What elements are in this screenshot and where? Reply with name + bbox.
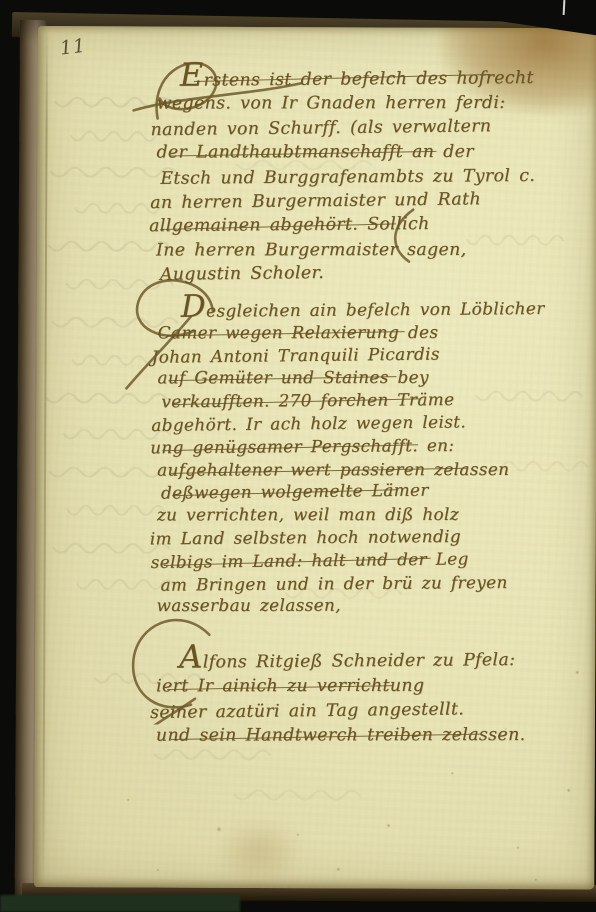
scan-cradle-strip: [0, 895, 240, 912]
paragraph-3: Alfons Ritgieß Schneider zu Pfela:iert I…: [149, 642, 526, 749]
manuscript-page: 11 Erstens ist der befelch des hofrechtw…: [34, 26, 596, 889]
paragraph-2: Desgleichen ain befelch von LöblicherCam…: [149, 292, 544, 618]
manuscript-line: wasserbau zelassen,: [156, 594, 341, 617]
folio-number: 11: [59, 35, 88, 60]
manuscript-line: ung genügsamer Pergschafft. en:: [150, 434, 454, 459]
foxing-dot: [127, 798, 130, 801]
foxing-dot: [336, 867, 340, 871]
manuscript-line: Desgleichen ain befelch von Löblicher: [181, 292, 545, 323]
manuscript-line: wegens. von Ir Gnaden herren ferdi:: [157, 91, 506, 116]
paragraph-2-lines: Desgleichen ain befelch von LöblicherCam…: [149, 292, 544, 618]
foxing-dot: [387, 824, 391, 828]
manuscript-line: der Landthaubtmanschafft an der: [156, 140, 473, 165]
manuscript-line: Ine herren Burgermaister sagen,: [156, 238, 467, 263]
manuscript-line: abgehört. Ir ach holz wegen leist.: [151, 410, 466, 436]
paragraph-1-lines: Erstens ist der befelch des hofrechtwege…: [149, 60, 536, 287]
foxing-dot: [516, 846, 519, 849]
photographed-manuscript: 11 Erstens ist der befelch des hofrechtw…: [0, 0, 596, 912]
manuscript-line: zu verrichten, weil man diß holz: [157, 503, 459, 526]
manuscript-line: an herren Burgermaister und Rath: [150, 187, 481, 215]
foxing-dot: [255, 727, 257, 729]
manuscript-line: Augustin Scholer.: [160, 261, 325, 287]
foxing-dot: [567, 788, 571, 792]
page-crease: [42, 26, 48, 887]
manuscript-line: Erstens ist der befelch des hofrecht: [180, 60, 534, 93]
foxing-dot: [534, 878, 537, 881]
manuscript-line: seiner azatüri ain Tag angestellt.: [150, 697, 464, 725]
paragraph-3-lines: Alfons Ritgieß Schneider zu Pfela:iert I…: [149, 642, 526, 749]
foxing-dot: [451, 772, 454, 775]
manuscript-line: iert Ir ainich zu verrichtung: [156, 674, 424, 699]
manuscript-line: nanden von Schurff. (als verwaltern: [150, 114, 491, 142]
stain-bottom: [214, 817, 304, 887]
foxing-dot: [156, 869, 159, 872]
manuscript-line: Camer wegen Relaxierung des: [158, 321, 439, 344]
manuscript-line: am Bringen und in der brü zu freyen: [160, 570, 507, 596]
manuscript-line: Johan Antoni Tranquili Picardis: [151, 342, 440, 368]
manuscript-line: im Land selbsten hoch notwendig: [150, 525, 461, 550]
manuscript-line: allgemainen abgehört. Sollich: [149, 212, 430, 239]
foxing-dot: [216, 827, 221, 832]
paragraph-1: Erstens ist der befelch des hofrechtwege…: [149, 60, 536, 287]
foxing-dot: [575, 670, 579, 674]
manuscript-line: verkaufften. 270 forchen Träme: [161, 388, 454, 413]
foxing-dot: [505, 728, 507, 730]
manuscript-line: aufgehaltener wert passieren zelassen: [157, 458, 509, 481]
foxing-dot: [296, 833, 299, 836]
manuscript-line: selbigs im Land: halt und der Leg: [151, 547, 469, 573]
manuscript-line: deßwegen wolgemelte Lämer: [161, 479, 429, 505]
manuscript-line: und sein Handtwerch treiben zelassen.: [156, 723, 526, 748]
manuscript-line: Alfons Ritgieß Schneider zu Pfela:: [179, 642, 515, 675]
manuscript-line: auf Gemüter und Staines bey: [157, 366, 428, 389]
